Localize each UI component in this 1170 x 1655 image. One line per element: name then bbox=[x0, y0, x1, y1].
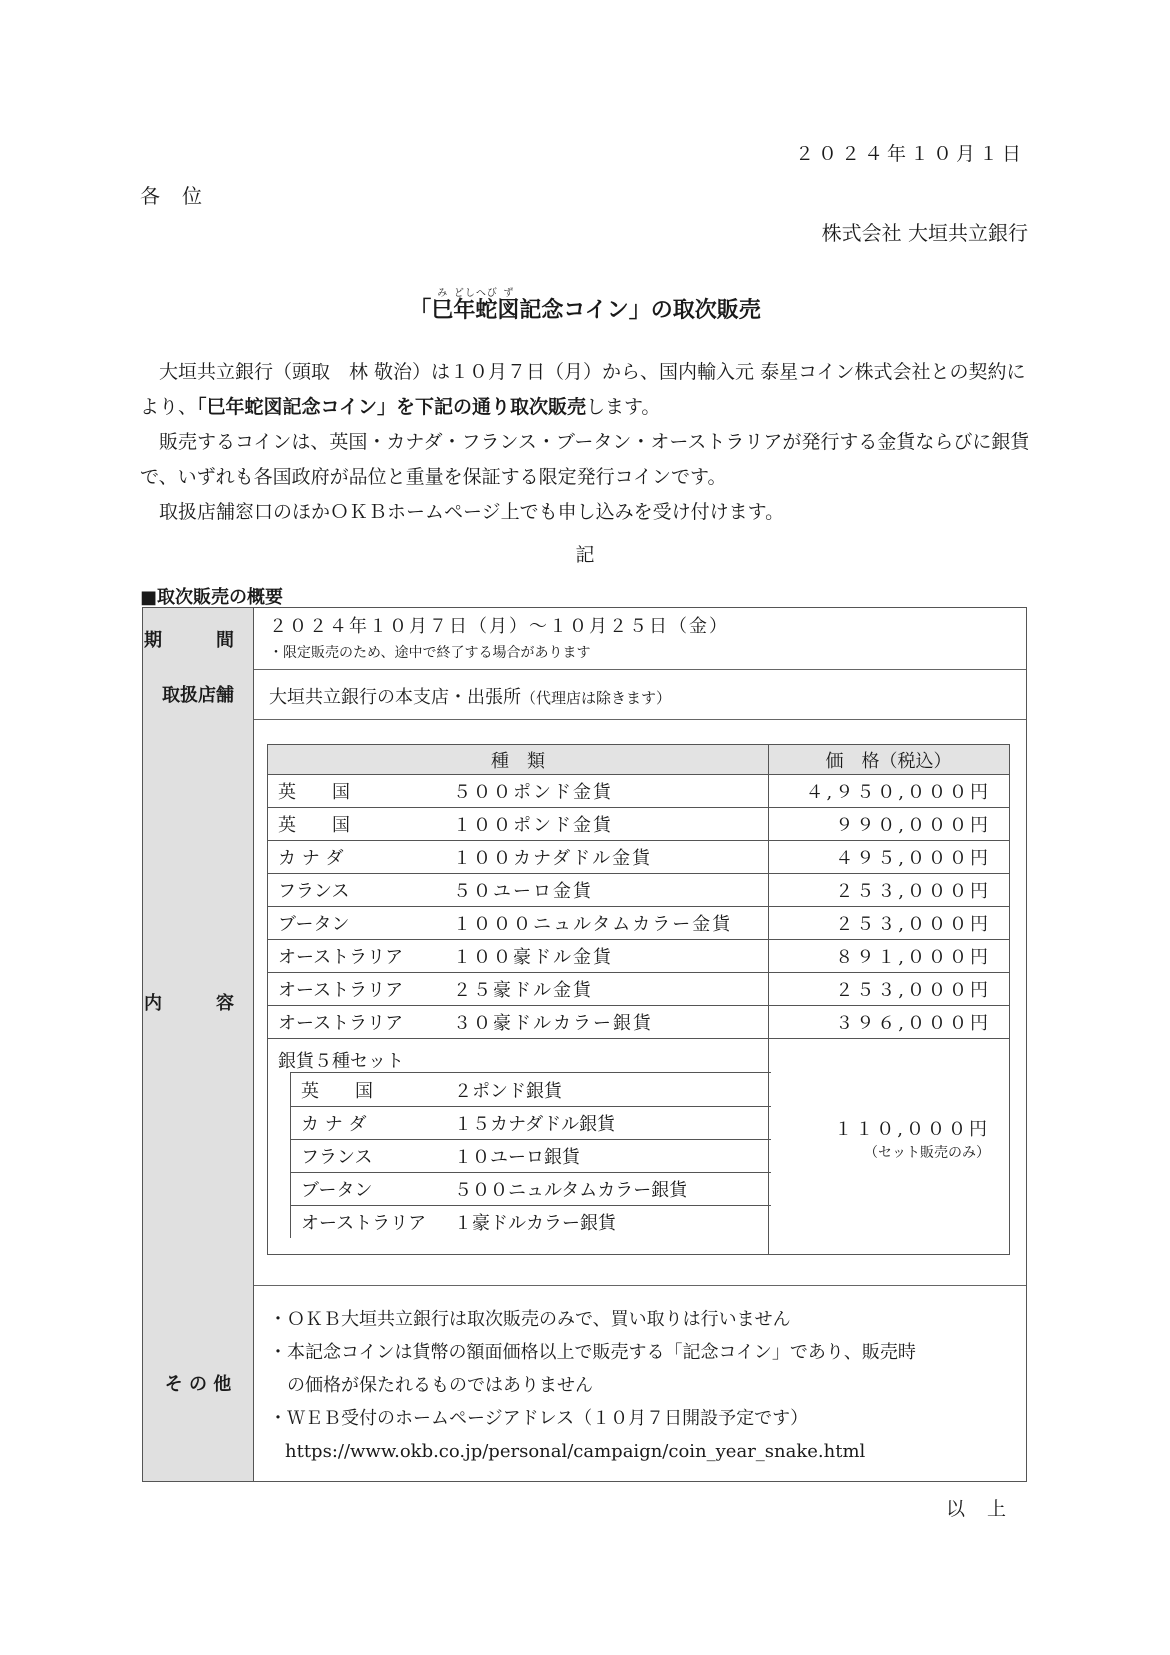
set-item-coin: １０ユーロ銀貨 bbox=[454, 1143, 580, 1169]
row-price: ２５３,０００円 bbox=[835, 877, 991, 903]
set-item: 英 国 ２ポンド銀貨 bbox=[291, 1073, 771, 1107]
coin-table-header: 種 類 価 格（税込） bbox=[268, 745, 1009, 775]
set-price-note: （セット販売のみ） bbox=[768, 1142, 990, 1162]
set-item-country: オーストラリア bbox=[301, 1209, 426, 1235]
table-row: カ ナ ダ １００カナダドル金貨 ４９５,０００円 bbox=[268, 840, 1009, 874]
row-contents: 内 容 種 類 価 格（税込） 英 国 ５００ポンド金貨 ４,９５０,０００円 … bbox=[143, 719, 1026, 1286]
set-item: フランス １０ユーロ銀貨 bbox=[291, 1139, 771, 1173]
row-price: ９９０,０００円 bbox=[835, 811, 991, 837]
set-item-country: フランス bbox=[301, 1143, 372, 1169]
row-country: 英 国 bbox=[278, 778, 350, 804]
table-row: 英 国 ５００ポンド金貨 ４,９５０,０００円 bbox=[268, 774, 1009, 808]
table-row: オーストラリア ３０豪ドルカラー銀貨 ３９６,０００円 bbox=[268, 1005, 1009, 1039]
table-row: フランス ５０ユーロ金貨 ２５３,０００円 bbox=[268, 873, 1009, 907]
row-stores: 取扱店舗 大垣共立銀行の本支店・出張所（代理店は除きます） bbox=[143, 669, 1026, 720]
row-country: ブータン bbox=[278, 910, 349, 936]
row-coin: １００カナダドル金貨 bbox=[453, 844, 652, 870]
label-period: 期 間 bbox=[143, 608, 254, 669]
row-country: オーストラリア bbox=[278, 1009, 403, 1035]
section-title: ■取次販売の概要 bbox=[140, 583, 283, 609]
title-ruby-1: 巳み bbox=[431, 298, 453, 323]
title-bracket: 「 bbox=[409, 298, 431, 323]
body-text: 大垣共立銀行（頭取 林 敬治）は１０月７日（月）から、国内輸入元 泰星コイン株式… bbox=[140, 355, 1030, 530]
set-label: 銀貨５種セット bbox=[278, 1047, 404, 1073]
set-item-country: カ ナ ダ bbox=[301, 1110, 366, 1136]
set-item-coin: ２ポンド銀貨 bbox=[454, 1077, 562, 1103]
title-ruby-3: 蛇へび bbox=[475, 298, 497, 323]
row-coin: ５０ユーロ金貨 bbox=[453, 877, 593, 903]
table-row: オーストラリア ２５豪ドル金貨 ２５３,０００円 bbox=[268, 972, 1009, 1006]
table-row: ブータン １０００ニュルタムカラー金貨 ２５３,０００円 bbox=[268, 906, 1009, 940]
row-country: オーストラリア bbox=[278, 943, 403, 969]
row-country: フランス bbox=[278, 877, 349, 903]
stores-value: 大垣共立銀行の本支店・出張所（代理店は除きます） bbox=[269, 683, 671, 709]
row-price: ４,９５０,０００円 bbox=[806, 778, 991, 804]
row-coin: ２５豪ドル金貨 bbox=[453, 976, 593, 1002]
row-price: ４９５,０００円 bbox=[835, 844, 991, 870]
row-price: ２５３,０００円 bbox=[835, 976, 991, 1002]
set-price: １１０,０００円 bbox=[768, 1115, 990, 1141]
row-country: 英 国 bbox=[278, 811, 350, 837]
set-items-box: 英 国 ２ポンド銀貨 カ ナ ダ １５カナダドル銀貨 フランス １０ユーロ銀貨 … bbox=[290, 1072, 771, 1238]
row-country: カ ナ ダ bbox=[278, 844, 343, 870]
label-other: そ の 他 bbox=[143, 1285, 254, 1481]
row-period: 期 間 ２０２４年１０月７日（月）～１０月２５日（金） ・限定販売のため、途中で… bbox=[143, 608, 1026, 670]
other-line-1: ・ＯＫＢ大垣共立銀行は取次販売のみで、買い取りは行いません bbox=[269, 1303, 1026, 1336]
set-item-coin: １豪ドルカラー銀貨 bbox=[454, 1209, 616, 1235]
set-item-coin: ５００ニュルタムカラー銀貨 bbox=[454, 1176, 687, 1202]
set-item-country: ブータン bbox=[301, 1176, 372, 1202]
web-url-link[interactable]: https://www.okb.co.jp/personal/campaign/… bbox=[269, 1435, 1026, 1468]
set-item-country: 英 国 bbox=[301, 1077, 373, 1103]
row-coin: ５００ポンド金貨 bbox=[453, 778, 613, 804]
table-row: オーストラリア １００豪ドル金貨 ８９１,０００円 bbox=[268, 939, 1009, 973]
row-other: そ の 他 ・ＯＫＢ大垣共立銀行は取次販売のみで、買い取りは行いません ・本記念… bbox=[143, 1285, 1026, 1481]
closing: 以上 bbox=[946, 1494, 1028, 1521]
paragraph-3: 取扱店舗窓口のほかＯＫＢホームページ上でも申し込みを受け付けます。 bbox=[140, 495, 1030, 530]
other-line-4: ・ＷＥＢ受付のホームページアドレス（１０月７日開設予定です） bbox=[269, 1402, 1026, 1435]
set-item: ブータン ５００ニュルタムカラー銀貨 bbox=[291, 1172, 771, 1206]
row-coin: ３０豪ドルカラー銀貨 bbox=[453, 1009, 653, 1035]
row-coin: １００ポンド金貨 bbox=[453, 811, 613, 837]
paragraph-1: 大垣共立銀行（頭取 林 敬治）は１０月７日（月）から、国内輸入元 泰星コイン株式… bbox=[140, 355, 1030, 425]
summary-table: 期 間 ２０２４年１０月７日（月）～１０月２５日（金） ・限定販売のため、途中で… bbox=[142, 607, 1027, 1482]
title-ruby-4: 図ず bbox=[497, 298, 519, 323]
page-title: 「巳み年どし蛇へび図ず記念コイン」の取次販売 bbox=[0, 288, 1170, 324]
header-price: 価 格（税込） bbox=[768, 747, 1009, 773]
period-note: ・限定販売のため、途中で終了する場合があります bbox=[269, 642, 590, 662]
row-coin: １０００ニュルタムカラー金貨 bbox=[453, 910, 732, 936]
other-line-3: の価格が保たれるものではありません bbox=[269, 1369, 1026, 1402]
coin-price-table: 種 類 価 格（税込） 英 国 ５００ポンド金貨 ４,９５０,０００円 英 国 … bbox=[267, 744, 1010, 1255]
issuer: 株式会社 大垣共立銀行 bbox=[822, 217, 1028, 246]
row-price: ８９１,０００円 bbox=[835, 943, 991, 969]
period-value: ２０２４年１０月７日（月）～１０月２５日（金） bbox=[269, 612, 729, 638]
title-ruby-2: 年どし bbox=[453, 298, 475, 323]
table-row: 英 国 １００ポンド金貨 ９９０,０００円 bbox=[268, 807, 1009, 841]
ki-heading: 記 bbox=[0, 540, 1170, 567]
paragraph-2: 販売するコインは、英国・カナダ・フランス・ブータン・オーストラリアが発行する金貨… bbox=[140, 425, 1030, 495]
title-rest: 記念コイン」の取次販売 bbox=[519, 298, 760, 323]
set-item-coin: １５カナダドル銀貨 bbox=[454, 1110, 615, 1136]
label-stores: 取扱店舗 bbox=[143, 669, 254, 719]
row-price: ３９６,０００円 bbox=[835, 1009, 991, 1035]
row-price: ２５３,０００円 bbox=[835, 910, 991, 936]
set-item: カ ナ ダ １５カナダドル銀貨 bbox=[291, 1106, 771, 1140]
set-item: オーストラリア １豪ドルカラー銀貨 bbox=[291, 1205, 771, 1238]
document-date: ２０２４年１０月１日 bbox=[795, 139, 1025, 166]
addressee: 各位 bbox=[140, 180, 224, 209]
row-country: オーストラリア bbox=[278, 976, 403, 1002]
header-type: 種 類 bbox=[268, 747, 768, 773]
other-line-2: ・本記念コインは貨幣の額面価格以上で販売する「記念コイン」であり、販売時 bbox=[269, 1336, 1026, 1369]
row-coin: １００豪ドル金貨 bbox=[453, 943, 613, 969]
